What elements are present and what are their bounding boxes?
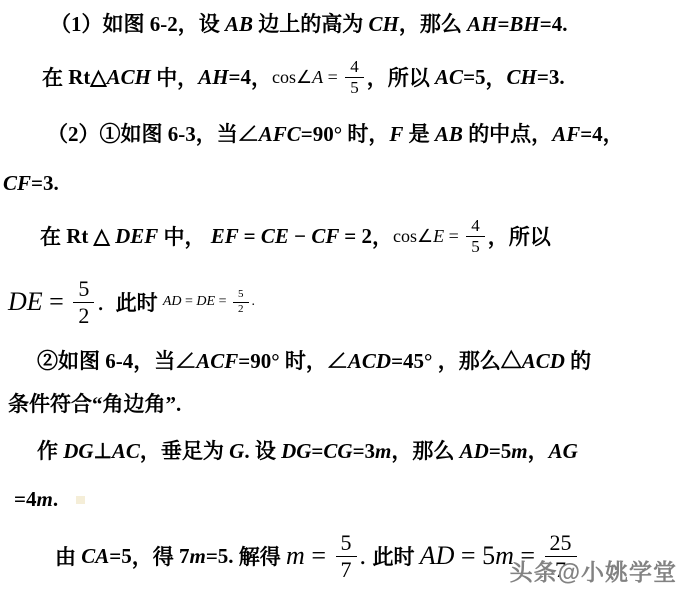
text-segment: （2）①如图 6-3，当 [47,122,238,146]
text-segment: =90° [301,122,342,146]
text-segment: ACD [348,349,391,373]
text-segment: ∠ [327,349,348,373]
text-segment: 时， [280,349,327,373]
text-segment: = [444,226,463,247]
text-segment: = [43,287,71,317]
text-segment: DEF [115,224,158,249]
text-segment: = [244,224,261,249]
text-segment: = [182,294,197,310]
text-segment: 7 [179,544,190,569]
text-segment: =5 [489,439,511,463]
text-segment: = [323,67,342,88]
text-segment: =3 [353,439,375,463]
text-segment: CA [81,544,109,569]
fraction-numerator: 5 [336,530,357,556]
text-segment: A [312,67,323,88]
text-segment: . [244,439,255,463]
text-segment: = [305,541,333,571]
fraction: 52 [73,276,94,328]
text-line: 在 Rt△ACH 中，AH=4，cos∠A = 45，所以 AC=5，CH=3. [42,52,565,102]
text-segment: 此时 [110,287,163,317]
text-segment: =90° [238,349,279,373]
text-segment: ⊥ [94,439,112,463]
text-segment: =5 [463,65,485,90]
text-segment: . [360,541,373,571]
text-line: 条件符合“角边角”. [8,391,181,420]
text-segment: F [389,122,403,146]
text-segment: 的 [565,349,591,373]
text-segment: AH [467,12,497,36]
text-segment: 在 [40,221,66,251]
text-line: =4m. [14,486,58,515]
fraction-denominator: 5 [350,78,359,98]
text-segment: m [286,541,305,571]
text-segment: ∠ [417,226,433,247]
text-segment: CF [3,171,31,195]
text-segment: CG [323,439,352,463]
text-segment: m [511,439,527,463]
text-segment: − [294,224,311,249]
text-segment: cos [393,226,417,247]
text-segment: 此时 [373,541,420,571]
text-segment: m [36,487,52,511]
text-segment: Rt [66,224,93,249]
text-segment: 中， [158,221,205,251]
text-segment: AD [163,294,182,310]
text-segment: DG [281,439,311,463]
document-page: （1）如图 6-2，设 AB 边上的高为 CH，那么 AH=BH=4. 在 Rt… [0,0,681,594]
text-segment: AB [435,122,463,146]
text-line: （1）如图 6-2，设 AB 边上的高为 CH，那么 AH=BH=4. [50,11,567,40]
text-segment: . [252,294,256,310]
text-segment: = [311,439,323,463]
text-segment: ∠ [175,349,196,373]
text-segment: AC [112,439,140,463]
text-segment: ACD [522,349,565,373]
text-line: ②如图 6-4，当∠ACF=90° 时，∠ACD=45° ，那么△ACD 的 [37,348,591,377]
text-line: 作 DG⊥AC，垂足为 G. 设 DG=CG=3m，那么 AD=5m，AG [37,438,578,467]
text-segment: 时， [342,122,389,146]
text-segment: ，所以 [488,221,551,251]
text-line: （2）①如图 6-3，当∠AFC=90° 时，F 是 AB 的中点，AF=4， [47,121,624,150]
text-segment: = 2 [344,224,372,249]
text-segment: CH [369,12,399,36]
text-segment: = [215,294,230,310]
text-segment: =4 [580,122,602,146]
text-segment: =3. [31,171,59,195]
text-segment: CE [261,224,294,249]
text-segment: 是 [403,122,435,146]
fraction: 52 [233,288,249,315]
text-segment: 在 [42,62,68,92]
text-segment: DE [8,287,43,317]
text-segment: △ [90,65,106,90]
text-segment: CH [507,65,537,90]
text-segment: ，那么△ [432,349,521,373]
text-segment: AH [198,65,228,90]
text-segment: G [229,439,244,463]
fraction: 57 [336,530,357,582]
text-segment: BH [509,12,539,36]
text-segment: ②如图 6-4，当 [37,349,175,373]
text-segment: m [189,544,205,569]
text-segment: EF [206,224,244,249]
fraction-numerator: 4 [466,216,485,237]
text-segment: AD [420,541,455,571]
text-line: CF=3. [3,170,59,199]
text-segment: △ [94,224,115,249]
text-segment: ，得 [132,541,179,571]
text-segment: 边上的高为 [253,12,369,36]
text-segment: 条件符合“角边角”. [8,392,181,416]
watermark: 头条@小姚学堂 [510,554,677,587]
text-line: DE = 52. 此时 AD = DE = 52. [8,273,255,331]
fraction-denominator: 7 [341,557,352,582]
text-segment: Rt [68,65,90,90]
text-segment: ACH [107,65,151,90]
text-segment: =4 [14,487,36,511]
text-segment: 的中点， [463,122,552,146]
text-segment: 由 [55,541,81,571]
text-segment: 设 [255,439,281,463]
text-segment: （1）如图 6-2，设 [50,12,225,36]
text-segment: =3. [537,65,565,90]
text-segment: =4. [540,12,568,36]
text-segment: ，垂足为 [140,439,229,463]
text-segment: ， [372,221,393,251]
text-segment: ， [251,62,272,92]
fraction: 45 [466,216,485,256]
text-line: 由 CA=5，得 7m=5. 解得 m = 57. 此时 AD = 5m = 2… [55,527,580,585]
fraction-numerator: 25 [545,530,577,556]
text-segment: 中， [151,62,198,92]
text-segment: ，那么 [391,439,459,463]
text-segment: E [433,226,444,247]
fraction-denominator: 2 [238,303,244,316]
text-segment: ∠ [238,122,259,146]
text-segment: ，那么 [399,12,467,36]
text-segment: . [53,487,58,511]
text-segment: AG [549,439,578,463]
text-segment: ， [603,122,624,146]
text-segment: 解得 [234,541,287,571]
text-line: 在 Rt △ DEF 中， EF = CE − CF = 2，cos∠E = 4… [40,209,551,263]
text-segment: AF [552,122,580,146]
text-segment: = [497,12,509,36]
fraction: 45 [345,57,364,97]
text-segment: 作 [37,439,63,463]
text-segment: =45° [391,349,432,373]
text-segment: AC [435,65,463,90]
fraction-numerator: 4 [345,57,364,78]
faint-highlight-mark [76,496,85,504]
text-segment: DG [63,439,93,463]
text-segment: CF [311,224,344,249]
text-segment: ∠ [296,67,312,88]
fraction-denominator: 2 [78,303,89,328]
text-segment: ， [486,62,507,92]
text-segment: =4 [229,65,251,90]
text-segment: ，所以 [367,62,435,92]
text-segment: AD [460,439,489,463]
text-segment: ACF [196,349,238,373]
text-segment: m [375,439,391,463]
text-segment: =5. [206,544,234,569]
text-segment: cos [272,67,296,88]
text-segment: =5 [109,544,131,569]
text-segment: AB [225,12,253,36]
fraction-denominator: 5 [471,237,480,257]
fraction-numerator: 5 [73,276,94,302]
text-segment: DE [196,294,215,310]
fraction-numerator: 5 [233,288,249,302]
text-segment: ， [528,439,549,463]
text-segment: AFC [259,122,301,146]
text-segment: = 5 [454,541,495,571]
text-segment: . [97,287,110,317]
